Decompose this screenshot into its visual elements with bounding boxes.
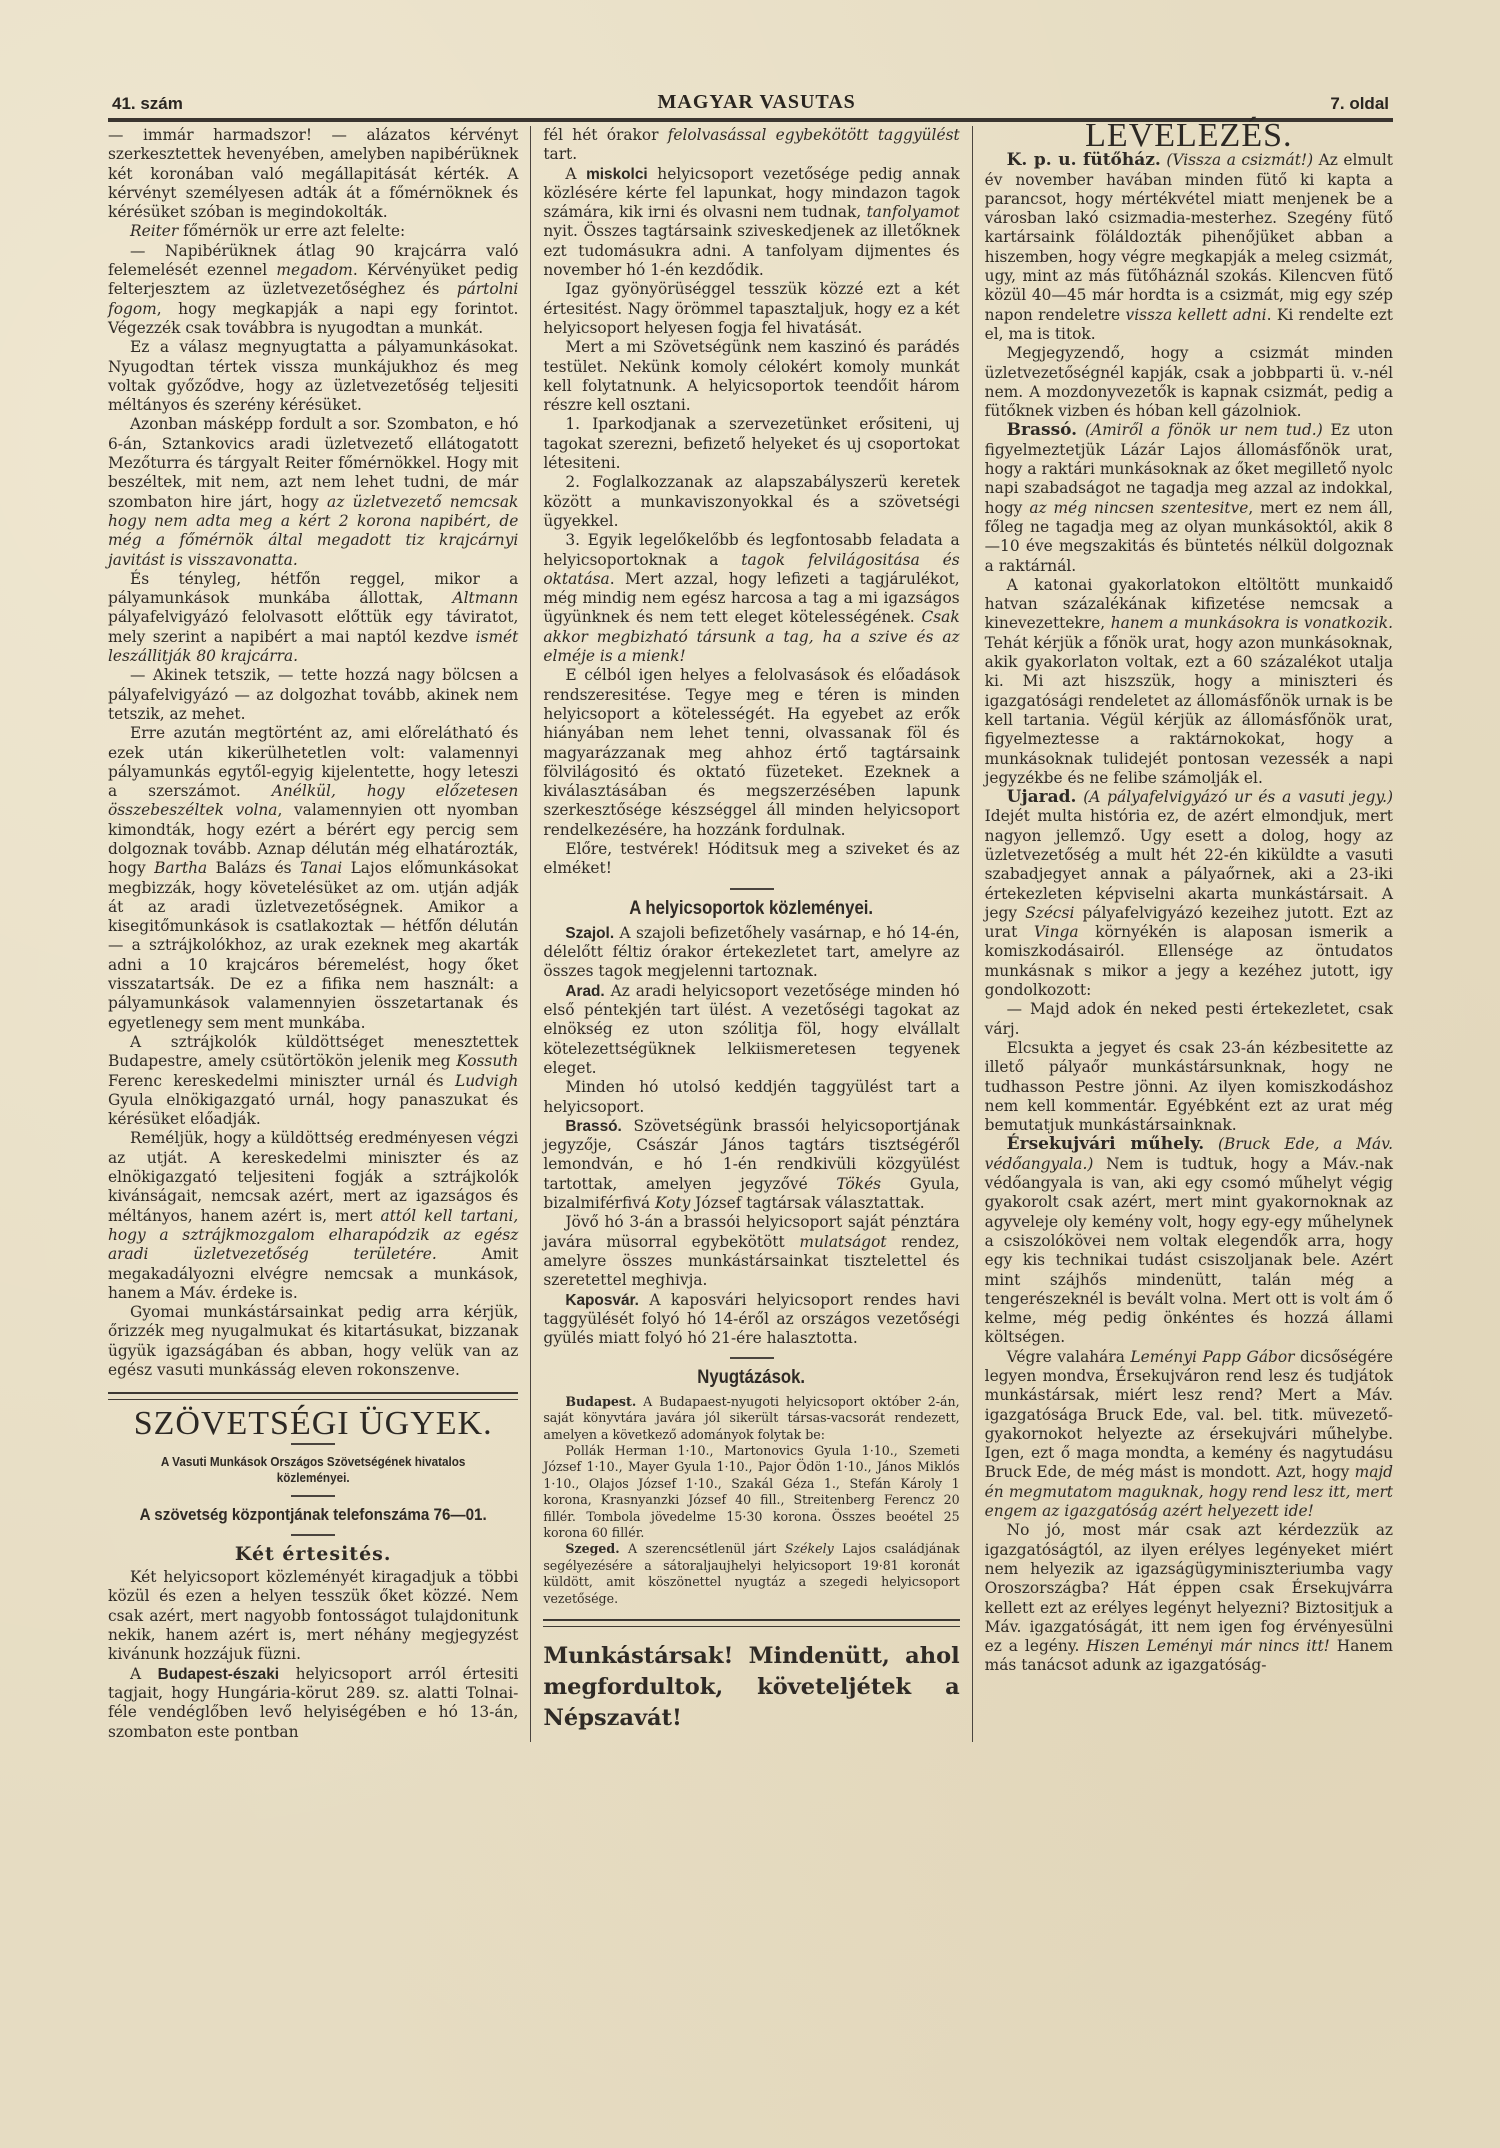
- paragraph: Brassó. Szövetségünk brassói helyicsopor…: [543, 1117, 959, 1213]
- paragraph: Budapest. A Budapaest-nyugoti helyicsopo…: [543, 1394, 959, 1443]
- paragraph: Erre azután megtörtént az, ami előreláth…: [108, 724, 518, 1033]
- columns: — immár harmadszor! — alázatos kérvényt …: [108, 126, 1393, 1742]
- paragraph: — immár harmadszor! — alázatos kérvényt …: [108, 126, 518, 222]
- paragraph: Megjegyzendő, hogy a csizmát minden üzle…: [985, 344, 1393, 421]
- paragraph: No jó, most már csak azt kérdezzük az ig…: [985, 1521, 1393, 1675]
- paragraph: A katonai gyakorlatokon eltöltött munkai…: [985, 576, 1393, 788]
- section-divider: [108, 1392, 518, 1400]
- paragraph: A sztrájkolók küldöttséget menesztettek …: [108, 1033, 518, 1129]
- paragraph: fél hét órakor felolvasással egybekötött…: [543, 126, 959, 165]
- paragraph: 2. Foglalkozzanak az alapszabályszerü ke…: [543, 473, 959, 531]
- paragraph: Előre, testvérek! Hóditsuk meg a sziveke…: [543, 840, 959, 879]
- paragraph: Minden hó utolsó keddjén taggyülést tart…: [543, 1078, 959, 1117]
- paragraph: A miskolci helyicsoport vezetősége pedig…: [543, 165, 959, 281]
- column-1: — immár harmadszor! — alázatos kérvényt …: [108, 126, 530, 1742]
- paragraph: Végre valahára Leményi Papp Gábor dicsős…: [985, 1348, 1393, 1522]
- paragraph: Azonban másképp fordult a sor. Szombaton…: [108, 415, 518, 569]
- paragraph: Gyomai munkástársainkat pedig arra kérjü…: [108, 1303, 518, 1380]
- paragraph: — Akinek tetszik, — tette hozzá nagy böl…: [108, 666, 518, 724]
- column-2: fél hét órakor felolvasással egybekötött…: [530, 126, 972, 1742]
- paragraph: A Budapest-északi helyicsoport arról ért…: [108, 1665, 518, 1742]
- phone-number-notice: A szövetség központjának telefonszáma 76…: [124, 1506, 502, 1525]
- issue-number: 41. szám: [112, 94, 183, 114]
- paragraph: Elcsukta a jegyet és csak 23-án kézbesit…: [985, 1039, 1393, 1135]
- paragraph: Brassó. (Amiről a fönök ur nem tud.) Ez …: [985, 421, 1393, 575]
- nepszava-promo: Munkástársak! Mindenütt, ahol megfordult…: [543, 1641, 959, 1734]
- paragraph: Érsekujvári műhely. (Bruck Ede, a Máv. v…: [985, 1135, 1393, 1347]
- divider: [291, 1495, 335, 1497]
- paragraph: — Napibérüknek átlag 90 krajcárra való f…: [108, 242, 518, 338]
- section-heading-federation: SZÖVETSÉGI ÜGYEK.: [108, 1414, 518, 1433]
- paragraph: Arad. Az aradi helyicsoport vezetősége m…: [543, 982, 959, 1078]
- divider: [730, 1357, 774, 1359]
- divider: [291, 1534, 335, 1536]
- subheading-two-notices: Két értesités.: [108, 1545, 518, 1564]
- newspaper-title: MAGYAR VASUTAS: [658, 91, 856, 114]
- newspaper-page: 41. szám MAGYAR VASUTAS 7. oldal — immár…: [108, 86, 1393, 1742]
- paragraph: Reméljük, hogy a küldöttség eredményesen…: [108, 1129, 518, 1303]
- paragraph: 3. Egyik legelőkelőbb és legfontosabb fe…: [543, 531, 959, 666]
- divider: [291, 1443, 335, 1445]
- column-3: LEVELEZÉS. K. p. u. fütőház. (Vissza a c…: [973, 126, 1393, 1742]
- paragraph: Szajol. A szajoli befizetőhely vasárnap,…: [543, 924, 959, 982]
- paragraph: — Majd adok én neked pesti értekezletet,…: [985, 1000, 1393, 1039]
- paragraph: Kaposvár. A kaposvári helyicsoport rende…: [543, 1291, 959, 1349]
- paragraph: És tényleg, hétfőn reggel, mikor a pálya…: [108, 570, 518, 666]
- paragraph: Mert a mi Szövetségünk nem kaszinó és pa…: [543, 338, 959, 415]
- section-heading-local-groups: A helyicsoportok közleményei.: [568, 899, 934, 918]
- paragraph: Reiter főmérnök ur erre azt felelte:: [108, 222, 518, 241]
- paragraph: Két helyicsoport közleményét kiragadjuk …: [108, 1568, 518, 1664]
- section-divider: [543, 1619, 959, 1627]
- paragraph: Ujarad. (A pályafelvigyázó ur és a vasut…: [985, 788, 1393, 1000]
- paragraph: 1. Iparkodjanak a szervezetünket erősite…: [543, 415, 959, 473]
- divider: [730, 888, 774, 890]
- section-heading-receipts: Nyugtázások.: [568, 1368, 934, 1387]
- paragraph: Ez a válasz megnyugtatta a pályamunkások…: [108, 338, 518, 415]
- paragraph: Igaz gyönyörüséggel tesszük közzé ezt a …: [543, 280, 959, 338]
- donation-list: Pollák Herman 1·10., Martonovics Gyula 1…: [543, 1443, 959, 1541]
- paragraph: K. p. u. fütőház. (Vissza a csizmát!) Az…: [985, 151, 1393, 344]
- section-heading-correspondence: LEVELEZÉS.: [985, 126, 1393, 145]
- paragraph: Szeged. A szerencsétlenül járt Székely L…: [543, 1541, 959, 1607]
- official-notice-label: A Vasuti Munkások Országos Szövetségének…: [129, 1454, 498, 1486]
- paragraph: Jövő hó 3-án a brassói helyicsoport sajá…: [543, 1213, 959, 1290]
- page-number: 7. oldal: [1330, 94, 1389, 114]
- paragraph: E célból igen helyes a felolvasások és e…: [543, 666, 959, 840]
- masthead: 41. szám MAGYAR VASUTAS 7. oldal: [108, 86, 1393, 114]
- receipts-block: Budapest. A Budapaest-nyugoti helyicsopo…: [543, 1394, 959, 1607]
